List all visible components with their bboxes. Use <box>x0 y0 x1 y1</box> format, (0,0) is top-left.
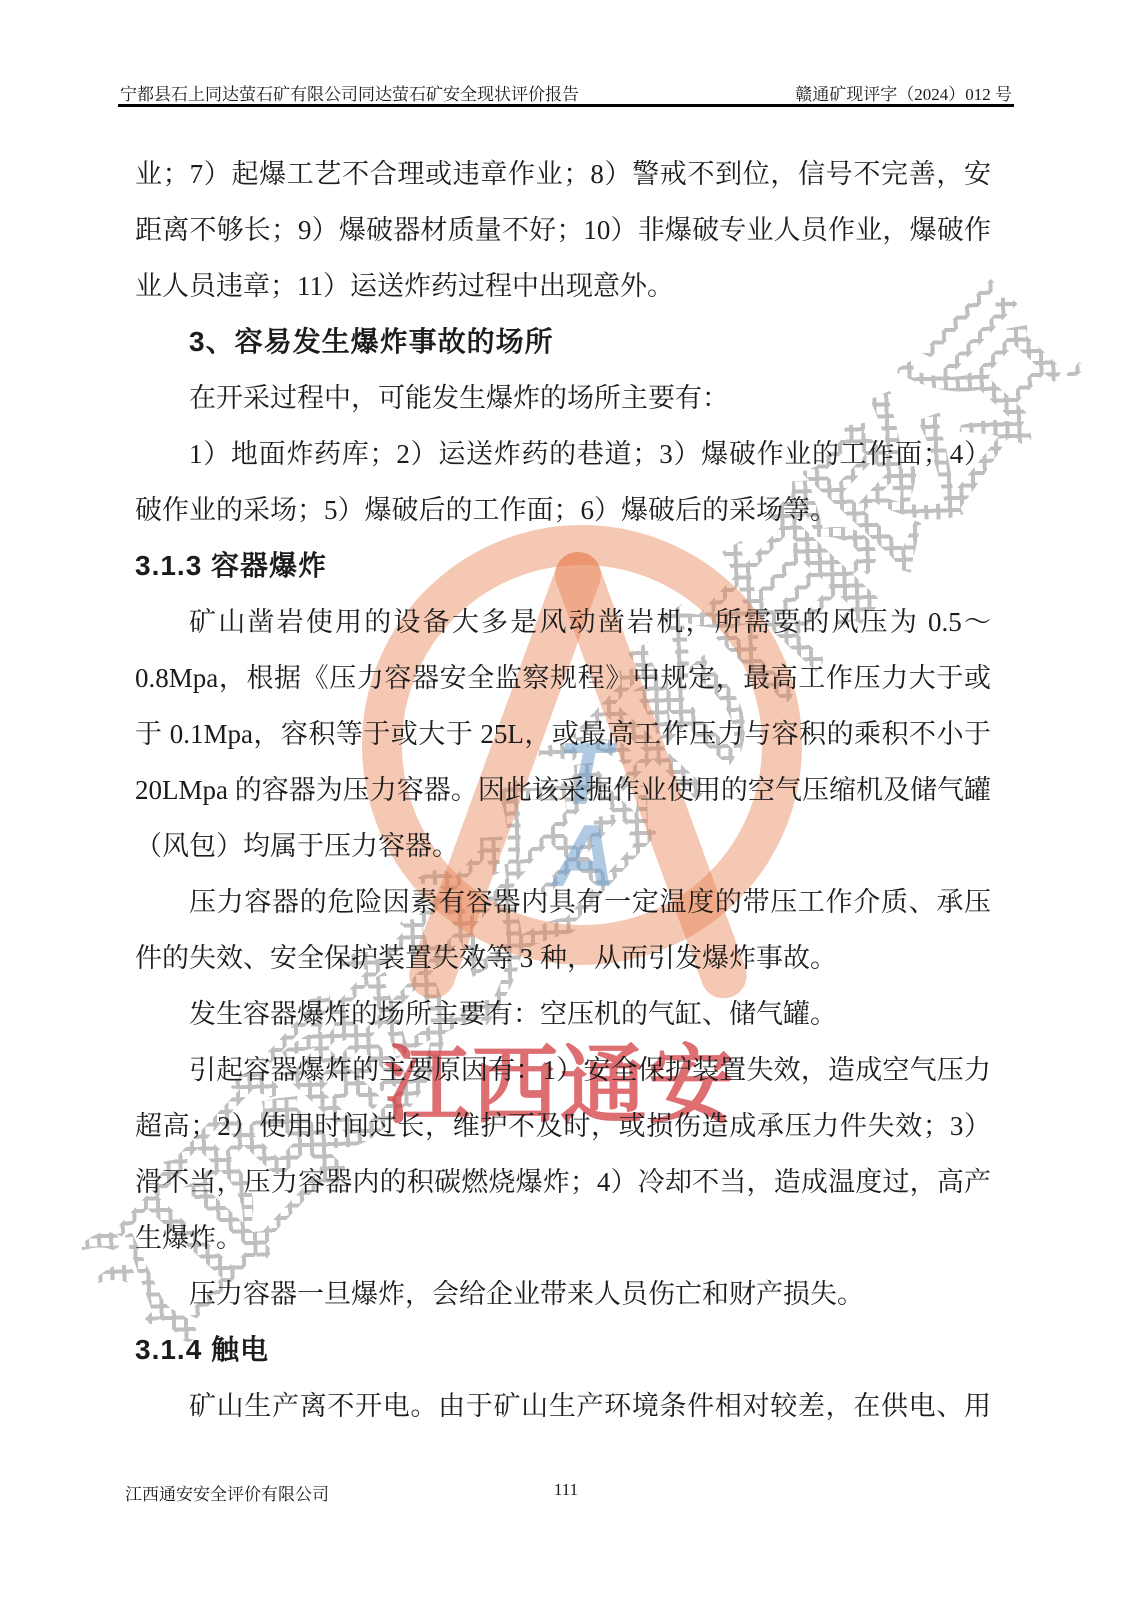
body-line: 1）地面炸药库；2）运送炸药的巷道；3）爆破作业的工作面；4）爆 <box>135 426 991 482</box>
body-line: 距离不够长；9）爆破器材质量不好；10）非爆破专业人员作业，爆破作 <box>135 202 991 258</box>
body-line: 矿山凿岩使用的设备大多是风动凿岩机，所需要的风压为 0.5～ <box>135 594 991 650</box>
body-line: 压力容器一旦爆炸，会给企业带来人员伤亡和财产损失。 <box>135 1266 991 1322</box>
body-line: 业；7）起爆工艺不合理或违章作业；8）警戒不到位，信号不完善，安全 <box>135 146 991 202</box>
section-heading: 3、容易发生爆炸事故的场所 <box>135 314 991 370</box>
document-page: 宁都县石上同达萤石矿有限公司同达萤石矿安全现状评价报告 赣通矿现评字（2024）… <box>0 0 1131 1600</box>
body-line: 破作业的采场；5）爆破后的工作面；6）爆破后的采场等。 <box>135 482 991 538</box>
body-line: 于 0.1Mpa，容积等于或大于 25L，或最高工作压力与容积的乘积不小于 <box>135 706 991 762</box>
body-line: 超高；2）使用时间过长，维护不及时，或损伤造成承压力件失效；3）润 <box>135 1098 991 1154</box>
page-number: 111 <box>120 1480 1012 1500</box>
body-line: 在开采过程中，可能发生爆炸的场所主要有： <box>135 370 991 426</box>
section-heading: 3.1.3 容器爆炸 <box>135 538 991 594</box>
header-report-title: 宁都县石上同达萤石矿有限公司同达萤石矿安全现状评价报告 <box>120 80 579 105</box>
section-heading: 3.1.4 触电 <box>135 1322 991 1378</box>
header-document-number: 赣通矿现评字（2024）012 号 <box>795 80 1012 105</box>
body-line: 生爆炸。 <box>135 1210 991 1266</box>
body-line: 业人员违章；11）运送炸药过程中出现意外。 <box>135 258 991 314</box>
body-line: 0.8Mpa，根据《压力容器安全监察规程》中规定，最高工作压力大于或等 <box>135 650 991 706</box>
body-line: （风包）均属于压力容器。 <box>135 818 991 874</box>
header-rule <box>118 104 1014 107</box>
body-line: 20LMpa 的容器为压力容器。因此该采掘作业使用的空气压缩机及储气罐 <box>135 762 991 818</box>
page-header: 宁都县石上同达萤石矿有限公司同达萤石矿安全现状评价报告 赣通矿现评字（2024）… <box>120 80 1012 104</box>
page-footer: 江西通安安全评价有限公司 111 <box>120 1480 1012 1504</box>
body-line: 矿山生产离不开电。由于矿山生产环境条件相对较差，在供电、用电 <box>135 1378 991 1434</box>
body-line: 引起容器爆炸的主要原因有：1）安全保护装置失效，造成空气压力 <box>135 1042 991 1098</box>
body-line: 压力容器的危险因素有容器内具有一定温度的带压工作介质、承压元 <box>135 874 991 930</box>
body-line: 件的失效、安全保护装置失效等 3 种，从而引发爆炸事故。 <box>135 930 991 986</box>
body-line: 发生容器爆炸的场所主要有：空压机的气缸、储气罐。 <box>135 986 991 1042</box>
body-text: 业；7）起爆工艺不合理或违章作业；8）警戒不到位，信号不完善，安全距离不够长；9… <box>135 146 991 1434</box>
body-line: 滑不当，压力容器内的积碳燃烧爆炸；4）冷却不当，造成温度过，高产 <box>135 1154 991 1210</box>
